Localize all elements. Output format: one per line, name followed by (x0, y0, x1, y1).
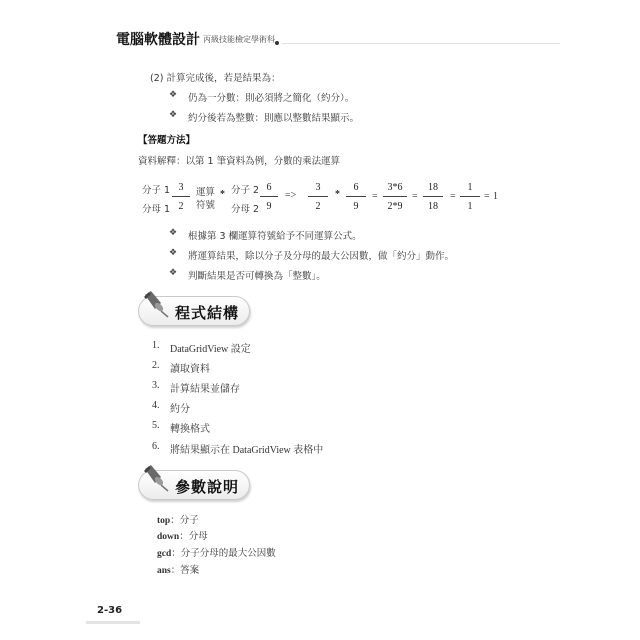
operator-label-1: 運算 (196, 184, 215, 198)
note-2: 將運算結果，除以分子及分母的最大公因數，做「約分」動作。 (188, 248, 454, 262)
denominator-1-label: 分母 1 (142, 201, 170, 215)
operator-label-2: 符號 (196, 197, 215, 211)
book-title: 電腦軟體設計 (116, 29, 200, 49)
numerator-1-label: 分子 1 (142, 182, 170, 196)
list-item: 讀取資料 (170, 360, 210, 375)
pushpin-icon (141, 463, 171, 493)
bullet-icon: ❖ (169, 110, 177, 120)
param-item: gcd：分子分母的最大公因數 (157, 545, 276, 559)
param-item: down：分母 (157, 528, 208, 542)
fraction-step-5: 1 1 (460, 182, 480, 214)
fraction-step-3: 3*6 2*9 (383, 182, 407, 214)
multiply-operator: * (220, 189, 225, 200)
section-heading-params: 參數說明 (138, 470, 250, 500)
bullet-icon: ❖ (169, 268, 177, 278)
fraction-2: 6 9 (260, 182, 278, 214)
equals-sign: = (372, 191, 378, 202)
page-number: 2-36 (97, 605, 122, 616)
section-title: 參數說明 (175, 476, 239, 497)
param-item: ans：答案 (157, 562, 199, 576)
list-item: 計算結果並儲存 (170, 380, 240, 395)
fraction-step-2: 6 9 (346, 182, 366, 214)
step2-bullet-1: 仍為一分數：則必須將之簡化（約分）。 (188, 90, 354, 104)
list-item: 轉換格式 (170, 420, 210, 435)
book-subtitle: 丙級技能檢定學術科 (203, 34, 275, 45)
list-item: 將結果顯示在 DataGridView 表格中 (170, 441, 323, 456)
denominator-2-label: 分母 2 (231, 201, 259, 215)
note-1: 根據第 3 欄運算符號給予不同運算公式。 (188, 228, 362, 242)
method-intro: 資料解釋：以第 1 筆資料為例，分數的乘法運算 (138, 153, 340, 167)
fraction-1: 3 2 (172, 182, 190, 214)
running-header: 電腦軟體設計 丙級技能檢定學術科 (116, 29, 560, 49)
fraction-step-4: 18 18 (423, 182, 443, 214)
equals-sign: = (412, 191, 418, 202)
header-dot (275, 41, 279, 45)
implies-arrow: => (285, 190, 296, 201)
pushpin-icon (141, 289, 171, 319)
bullet-icon: ❖ (169, 248, 177, 258)
list-item: 約分 (170, 400, 190, 415)
section-heading-structure: 程式結構 (138, 296, 250, 326)
param-item: top：分子 (157, 512, 199, 526)
fraction-step-1: 3 2 (308, 182, 328, 214)
multiply-operator-2: * (335, 189, 340, 200)
numerator-2-label: 分子 2 (231, 182, 259, 196)
page-number-bar (86, 621, 140, 624)
section-title: 程式結構 (175, 302, 239, 323)
header-rule (282, 43, 560, 44)
step2-bullet-2: 約分後若為整數：則應以整數結果顯示。 (188, 110, 359, 124)
bullet-icon: ❖ (169, 228, 177, 238)
equals-sign: = (450, 191, 456, 202)
note-3: 判斷結果是否可轉換為「整數」。 (188, 268, 326, 282)
list-item: DataGridView 設定 (170, 340, 251, 355)
method-heading: 【答題方法】 (138, 132, 195, 146)
equation-result: 1 (493, 191, 498, 202)
bullet-icon: ❖ (169, 90, 177, 100)
step2-label: (2) 計算完成後，若是結果為： (150, 70, 280, 84)
equals-sign: = (484, 191, 490, 202)
